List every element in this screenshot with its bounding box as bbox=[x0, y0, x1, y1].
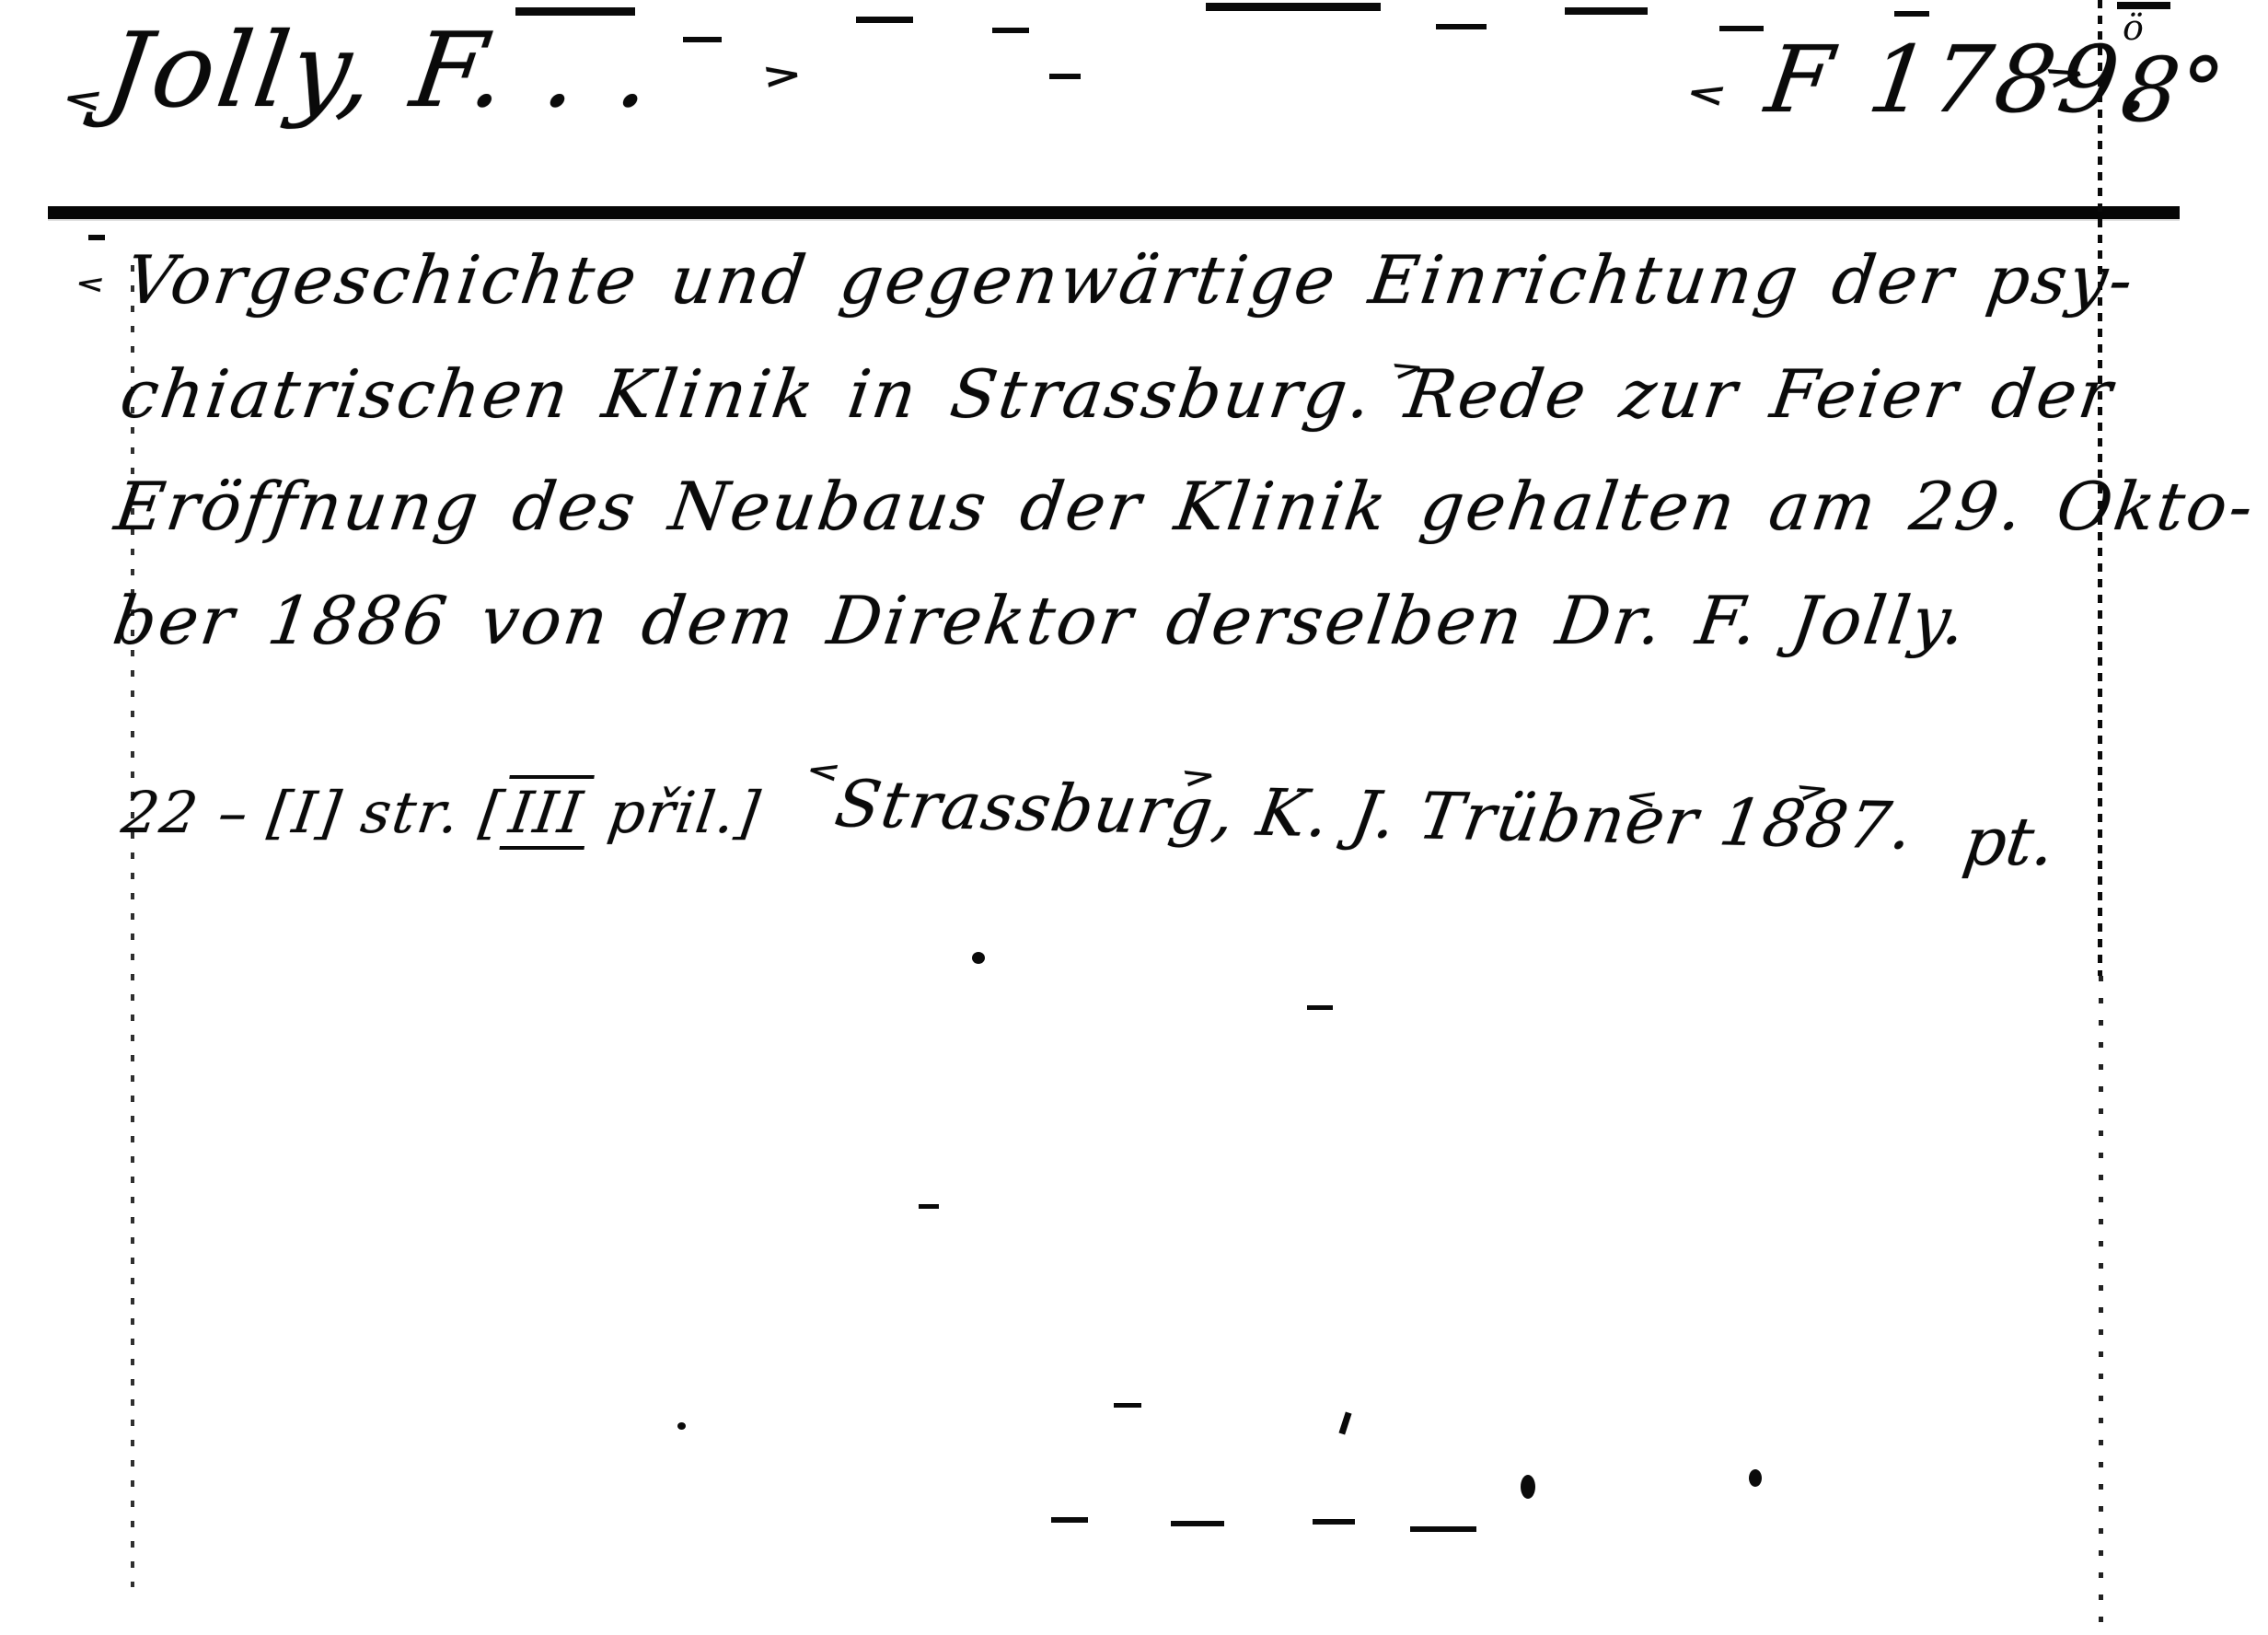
scan-noise-speck bbox=[515, 7, 635, 16]
title-line: chiatrischen Klinik in Strassburg. Rede … bbox=[116, 355, 2119, 433]
title-line: Eröffnung des Neubaus der Klinik gehalte… bbox=[110, 468, 2261, 545]
publication-statement: Strassburg, K. J. Trübner 1887. bbox=[830, 766, 1920, 864]
collation-statement: 22 – [I] str. [III přil.] bbox=[118, 779, 765, 846]
collation-suffix: přil.] bbox=[584, 779, 766, 846]
format-designation: 8° bbox=[2115, 39, 2230, 142]
title-line: Vorgeschichte und gegenwärtige Einrichtu… bbox=[121, 241, 2140, 319]
catalog-card: < Jolly, F. . . > < F 1789. > ö 8° < Vor… bbox=[0, 0, 2268, 1635]
collation-roman-numeral: III bbox=[500, 775, 595, 850]
scan-noise-speck bbox=[1410, 1526, 1476, 1532]
scan-noise-speck bbox=[1313, 1519, 1355, 1525]
callnumber-left-caret-mark: < bbox=[1682, 73, 1730, 116]
right-margin-dotted-line bbox=[2099, 976, 2103, 1635]
title-line: ber 1886 von dem Direktor derselben Dr. … bbox=[109, 582, 1973, 659]
part-note: pt. bbox=[1959, 803, 2060, 880]
author-heading: Jolly, F. . . bbox=[99, 11, 663, 131]
scan-noise-speck bbox=[677, 1422, 686, 1430]
scan-noise-speck bbox=[1749, 1469, 1762, 1487]
scan-noise-speck bbox=[1521, 1475, 1535, 1499]
left-margin-dotted-line bbox=[131, 265, 134, 1587]
right-margin-dotted-line bbox=[2098, 0, 2102, 976]
scan-noise-speck bbox=[2117, 2, 2170, 9]
scan-noise-speck bbox=[1049, 74, 1081, 79]
scan-noise-speck bbox=[1171, 1521, 1224, 1526]
author-right-caret-mark: > bbox=[759, 53, 805, 98]
scan-noise-speck bbox=[1114, 1403, 1141, 1408]
collation-prefix: 22 – [I] str. [ bbox=[118, 779, 509, 846]
scan-noise-speck bbox=[856, 17, 913, 23]
scan-noise-speck bbox=[919, 1204, 939, 1209]
scan-noise-speck bbox=[1436, 24, 1487, 29]
scan-noise-speck bbox=[1565, 7, 1648, 15]
scan-noise-speck bbox=[1338, 1412, 1351, 1435]
year-left-caret-mark: < bbox=[1623, 781, 1661, 815]
scan-noise-speck bbox=[1206, 3, 1381, 11]
scan-noise-speck bbox=[1051, 1517, 1088, 1523]
header-rule bbox=[48, 206, 2180, 219]
scan-noise-speck bbox=[1894, 11, 1929, 17]
call-number: F 1789. bbox=[1760, 26, 2164, 133]
scan-noise-speck bbox=[88, 235, 105, 240]
scan-noise-speck bbox=[1307, 1005, 1333, 1010]
scan-noise-speck bbox=[1719, 26, 1764, 31]
margin-left-caret-mark: < bbox=[74, 269, 107, 299]
imprint-left-caret-mark: < bbox=[803, 753, 844, 790]
scan-noise-speck bbox=[992, 28, 1029, 33]
scan-noise-speck bbox=[683, 37, 722, 42]
author-left-caret-mark: < bbox=[59, 78, 107, 121]
scan-noise-speck bbox=[972, 952, 985, 964]
